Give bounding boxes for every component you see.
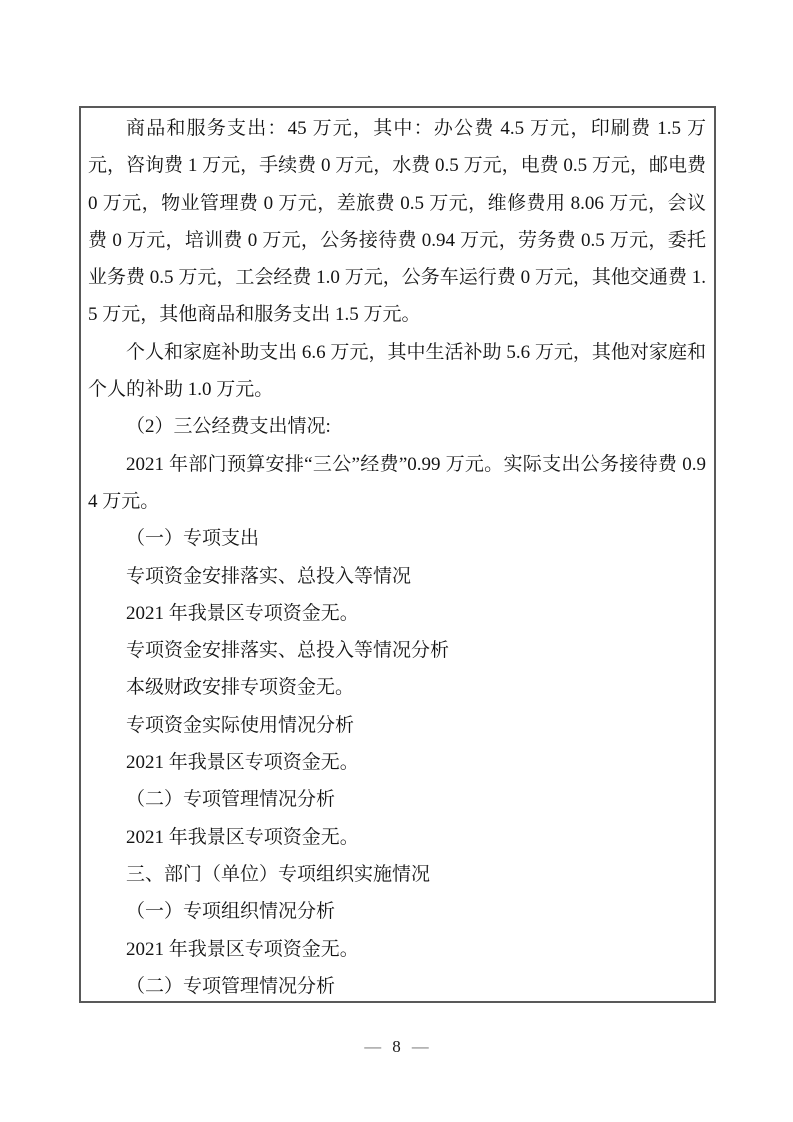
paragraph-goods-and-services-expenditure: 商品和服务支出：45 万元，其中：办公费 4.5 万元，印刷费 1.5 万元，咨… xyxy=(88,110,706,334)
page-number: 8 xyxy=(392,1037,401,1056)
paragraph-special-funds-arrangement-analysis: 专项资金安排落实、总投入等情况分析 xyxy=(88,632,706,669)
heading-special-organization-analysis: （一）专项组织情况分析 xyxy=(88,893,706,930)
footer-left-dash: — xyxy=(353,1037,392,1056)
document-content-border-box: 商品和服务支出：45 万元，其中：办公费 4.5 万元，印刷费 1.5 万元，咨… xyxy=(79,106,716,1003)
footer-right-dash: — xyxy=(401,1037,440,1056)
heading-special-management-analysis-2: （二）专项管理情况分析 xyxy=(88,968,706,1003)
paragraph-scenic-area-no-special-funds-3: 2021 年我景区专项资金无。 xyxy=(88,819,706,856)
paragraph-personal-family-subsidy: 个人和家庭补助支出 6.6 万元，其中生活补助 5.6 万元，其他对家庭和个人的… xyxy=(88,334,706,409)
paragraph-scenic-area-no-special-funds-1: 2021 年我景区专项资金无。 xyxy=(88,595,706,632)
document-page: 商品和服务支出：45 万元，其中：办公费 4.5 万元，印刷费 1.5 万元，咨… xyxy=(0,0,793,1122)
paragraph-scenic-area-no-special-funds-4: 2021 年我景区专项资金无。 xyxy=(88,931,706,968)
paragraph-three-public-funds-detail: 2021 年部门预算安排“三公”经费”0.99 万元。实际支出公务接待费 0.9… xyxy=(88,446,706,521)
page-footer: —8— xyxy=(0,1036,793,1058)
heading-special-expenditure: （一）专项支出 xyxy=(88,520,706,557)
paragraph-local-finance-no-special-funds: 本级财政安排专项资金无。 xyxy=(88,669,706,706)
heading-three-public-funds-expenditure: （2）三公经费支出情况: xyxy=(88,408,706,445)
paragraph-scenic-area-no-special-funds-2: 2021 年我景区专项资金无。 xyxy=(88,744,706,781)
heading-special-management-analysis-1: （二）专项管理情况分析 xyxy=(88,781,706,818)
paragraph-special-funds-usage-analysis: 专项资金实际使用情况分析 xyxy=(88,707,706,744)
heading-section-three-special-organization: 三、部门（单位）专项组织实施情况 xyxy=(88,856,706,893)
paragraph-special-funds-arrangement: 专项资金安排落实、总投入等情况 xyxy=(88,558,706,595)
